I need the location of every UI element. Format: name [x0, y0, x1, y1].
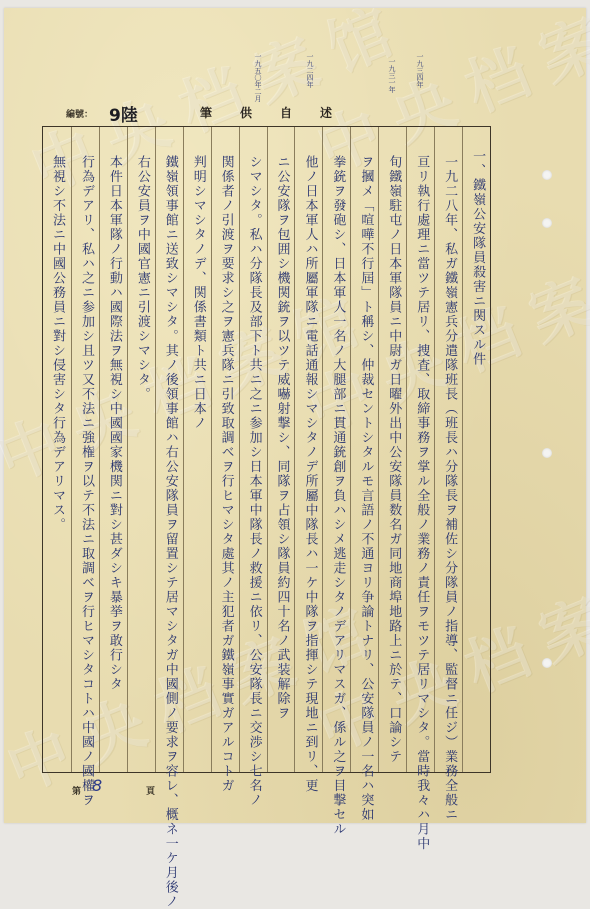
handwritten-line: 本件日本軍隊ノ行動ハ國際法ヲ無視シ中國國家機関ニ對シ甚ダシキ暴挙ヲ敢行シタ — [104, 155, 124, 692]
manuscript-column: 一、鐵嶺公安隊員殺害ニ関スル件 — [462, 127, 490, 772]
manuscript-column: 鐵嶺領事館ニ送致シマシタ。其ノ後領事館ハ右公安隊員ヲ留置シテ居マシタガ中國側ノ要… — [155, 127, 183, 772]
handwritten-line: 一九二八年、私ガ鐵嶺憲兵分遣隊班長（班長ハ分隊長ヲ補佐シ分隊員ノ指導、監督ニ任ジ… — [439, 155, 459, 822]
handwritten-line: 右公安員ヲ中國官憲ニ引渡シマシタ。 — [132, 155, 152, 402]
manuscript-column: 一九二八年、私ガ鐵嶺憲兵分遣隊班長（班長ハ分隊長ヲ補佐シ分隊員ノ指導、監督ニ任ジ… — [434, 127, 462, 772]
margin-annotation-1: 一九五〇年二月 — [254, 53, 262, 102]
form-title-char-2: 供 — [240, 104, 252, 121]
document-page: 中央档案馆 中央档案馆 中央档案馆 中央档案馆 中央档案馆 中央档案馆 一九五〇… — [4, 8, 586, 823]
form-title-char-4: 述 — [320, 104, 332, 121]
binder-hole-mid — [542, 218, 552, 228]
manuscript-column: ニ公安隊ヲ包囲シ機関銃ヲ以ツテ威嚇射撃シ、同隊ヲ占領シ隊員約四十名ノ武装解除ヲ — [267, 127, 295, 772]
handwritten-line: 一、鐵嶺公安隊員殺害ニ関スル件 — [467, 149, 487, 367]
number-value: 9陸 — [109, 101, 138, 126]
margin-annotation-2: 一九二四年 — [306, 53, 314, 88]
handwritten-line: シマシタ。私ハ分隊長及部下ト共ニ之ニ参加シ日本軍中隊長ノ救援ニ依リ、公安隊長ニ交… — [244, 155, 264, 808]
manuscript-column: 旬鐵嶺駐屯ノ日本軍隊員ニ中尉ガ日曜外出中公安隊員数名ガ同地商埠地路上ニ於テ、口論… — [378, 127, 406, 772]
handwritten-line: ヲ摑メ「喧嘩不行屆」ト稱シ、仲裁セントシタルモ言語ノ不通ヨリ争論トナリ、公安隊員… — [355, 155, 375, 822]
manuscript-column: 行為デアリ、私ハ之ニ参加シ且ツ又不法ニ強権ヲ以テ不法ニ取調ベヲ行ヒマシタコトハ中… — [71, 127, 99, 772]
manuscript-column: 右公安員ヲ中國官憲ニ引渡シマシタ。 — [127, 127, 155, 772]
handwritten-line: 無視シ不法ニ中國公務員ニ對シ侵害シタ行為デアリマス。 — [47, 155, 67, 532]
manuscript-column: 他ノ日本軍人ハ所屬軍隊ニ電話通報シマシタノデ所屬中隊長ハ一ケ中隊ヲ指揮シテ現地ニ… — [294, 127, 322, 772]
form-title-char-3: 自 — [280, 104, 292, 121]
manuscript-column: 判明シマシタノデ、関係書類ト共ニ日本ノ — [183, 127, 211, 772]
handwritten-line: 判明シマシタノデ、関係書類ト共ニ日本ノ — [188, 155, 208, 431]
manuscript-column: 関係者ノ引渡ヲ要求シ之ヲ憲兵隊ニ引致取調ベヲ行ヒマシタ處其ノ主犯者ガ鐵嶺事實ガア… — [211, 127, 239, 772]
handwritten-line: 亘リ執行處理ニ當ツテ居リ、捜査、取締事務ヲ掌ル全般ノ業務ノ責任ヲモツテ居リマシタ… — [411, 155, 431, 825]
manuscript-column: 亘リ執行處理ニ當ツテ居リ、捜査、取締事務ヲ掌ル全般ノ業務ノ責任ヲモツテ居リマシタ… — [406, 127, 434, 772]
manuscript-column: ヲ摑メ「喧嘩不行屆」ト稱シ、仲裁セントシタルモ言語ノ不通ヨリ争論トナリ、公安隊員… — [350, 127, 378, 772]
manuscript-column: 拳銃ヲ發砲シ、日本軍人一名ノ大腿部ニ貫通銃創ヲ負ハシメ逃走シタノデアリマスガ、係… — [322, 127, 350, 772]
number-label: 編號： — [66, 107, 93, 120]
binder-hole-top — [542, 170, 552, 180]
manuscript-column: シマシタ。私ハ分隊長及部下ト共ニ之ニ参加シ日本軍中隊長ノ救援ニ依リ、公安隊長ニ交… — [239, 127, 267, 772]
handwritten-line: 鐵嶺領事館ニ送致シマシタ。其ノ後領事館ハ右公安隊員ヲ留置シテ居マシタガ中國側ノ要… — [160, 155, 180, 825]
page-suffix: 頁 — [146, 784, 155, 797]
manuscript-column: 本件日本軍隊ノ行動ハ國際法ヲ無視シ中國國家機関ニ對シ甚ダシキ暴挙ヲ敢行シタ — [99, 127, 127, 772]
form-title-char-1: 筆 — [200, 104, 212, 121]
manuscript-grid: 一、鐵嶺公安隊員殺害ニ関スル件一九二八年、私ガ鐵嶺憲兵分遣隊班長（班長ハ分隊長ヲ… — [42, 126, 491, 773]
handwritten-line: 行為デアリ、私ハ之ニ参加シ且ツ又不法ニ強権ヲ以テ不法ニ取調ベヲ行ヒマシタコトハ中… — [76, 155, 96, 808]
manuscript-column: 無視シ不法ニ中國公務員ニ對シ侵害シタ行為デアリマス。 — [43, 127, 71, 772]
binder-hole-bottom — [542, 658, 552, 668]
handwritten-line: 他ノ日本軍人ハ所屬軍隊ニ電話通報シマシタノデ所屬中隊長ハ一ケ中隊ヲ指揮シテ現地ニ… — [299, 155, 319, 793]
handwritten-line: 拳銃ヲ發砲シ、日本軍人一名ノ大腿部ニ貫通銃創ヲ負ハシメ逃走シタノデアリマスガ、係… — [327, 155, 347, 825]
page-number: 8 — [92, 776, 102, 795]
page-prefix: 第 — [72, 784, 81, 797]
margin-annotation-4: 一九三四年 — [416, 53, 424, 88]
margin-annotation-3: 一九三一年 — [388, 58, 396, 93]
handwritten-line: ニ公安隊ヲ包囲シ機関銃ヲ以ツテ威嚇射撃シ、同隊ヲ占領シ隊員約四十名ノ武装解除ヲ — [272, 155, 292, 721]
handwritten-line: 旬鐵嶺駐屯ノ日本軍隊員ニ中尉ガ日曜外出中公安隊員数名ガ同地商埠地路上ニ於テ、口論… — [383, 155, 403, 764]
handwritten-line: 関係者ノ引渡ヲ要求シ之ヲ憲兵隊ニ引致取調ベヲ行ヒマシタ處其ノ主犯者ガ鐵嶺事實ガア… — [216, 155, 236, 793]
binder-hole-low — [542, 448, 552, 458]
